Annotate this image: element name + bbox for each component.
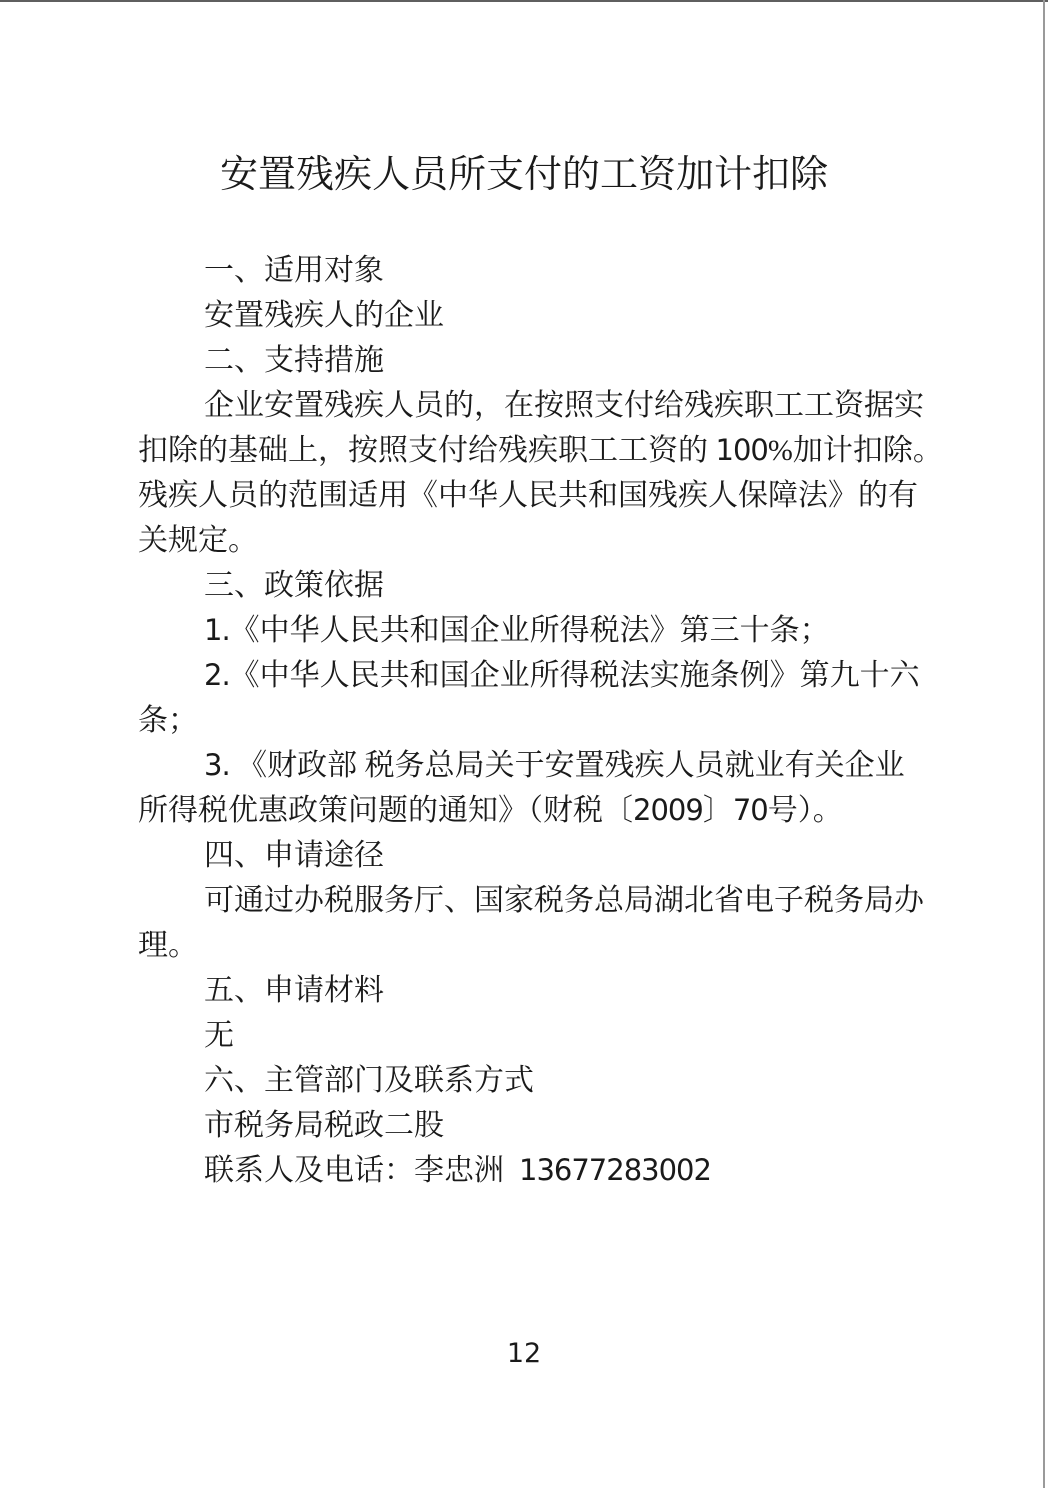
line-department: 市税务局税政二股 (138, 1103, 938, 1148)
document-body: 一、适用对象 安置残疾人的企业 二、支持措施 企业安置残疾人员的，在按照支付给残… (138, 248, 938, 1193)
list-number: 1. (204, 613, 230, 647)
line-section-4-heading: 四、申请途径 (138, 833, 938, 878)
line-support-measure-4: 关规定。 (138, 518, 938, 563)
line-section-5-heading: 五、申请材料 (138, 968, 938, 1013)
line-application-channel-2: 理。 (138, 923, 938, 968)
line-section-2-heading: 二、支持措施 (138, 338, 938, 383)
document-number: 70 (733, 793, 768, 827)
text-run: 《中华人民共和国企业所得税法实施条例》第九十六 (230, 659, 920, 692)
line-support-measure-2: 扣除的基础上，按照支付给残疾职工工资的 100%加计扣除。 (138, 428, 938, 473)
line-application-channel-1: 可通过办税服务厅、国家税务总局湖北省电子税务局办 (138, 878, 938, 923)
line-policy-item-2-continued: 条； (138, 698, 938, 743)
line-policy-item-3-continued: 所得税优惠政策问题的通知》（财税〔2009〕70号）。 (138, 788, 938, 833)
line-policy-item-1: 1.《中华人民共和国企业所得税法》第三十条； (138, 608, 938, 653)
phone-number: 13677283002 (519, 1153, 711, 1187)
page-top-edge-rule (0, 0, 1048, 2)
text-run: 号）。 (768, 794, 843, 827)
line-section-3-heading: 三、政策依据 (138, 563, 938, 608)
text-run: 所得税优惠政策问题的通知》（财税〔 (138, 794, 633, 827)
document-year: 2009 (633, 793, 703, 827)
line-policy-item-3: 3. 《财政部 税务总局关于安置残疾人员就业有关企业 (138, 743, 938, 788)
line-applicable-entity: 安置残疾人的企业 (138, 293, 938, 338)
contact-label-and-name: 联系人及电话：李忠洲 (204, 1154, 519, 1187)
line-support-measure-1: 企业安置残疾人员的，在按照支付给残疾职工工资据实 (138, 383, 938, 428)
document-page: 安置残疾人员所支付的工资加计扣除 一、适用对象 安置残疾人的企业 二、支持措施 … (0, 0, 1048, 1488)
page-number: 12 (0, 1338, 1048, 1369)
text-run: 〕 (703, 794, 733, 827)
line-application-materials: 无 (138, 1013, 938, 1058)
line-contact: 联系人及电话：李忠洲 13677283002 (138, 1148, 938, 1193)
line-policy-item-2: 2.《中华人民共和国企业所得税法实施条例》第九十六 (138, 653, 938, 698)
line-section-6-heading: 六、主管部门及联系方式 (138, 1058, 938, 1103)
text-run: 《财政部 税务总局关于安置残疾人员就业有关企业 (230, 749, 905, 782)
page-right-edge-rule (1043, 0, 1045, 1488)
percent-value: 100 (716, 433, 768, 467)
text-run: %加计扣除。 (768, 434, 943, 467)
list-number: 2. (204, 658, 230, 692)
list-number: 3. (204, 748, 230, 782)
line-section-1-heading: 一、适用对象 (138, 248, 938, 293)
line-support-measure-3: 残疾人员的范围适用《中华人民共和国残疾人保障法》的有 (138, 473, 938, 518)
text-run: 《中华人民共和国企业所得税法》第三十条； (230, 614, 830, 647)
text-run: 扣除的基础上，按照支付给残疾职工工资的 (138, 434, 716, 467)
document-title: 安置残疾人员所支付的工资加计扣除 (0, 143, 1048, 198)
